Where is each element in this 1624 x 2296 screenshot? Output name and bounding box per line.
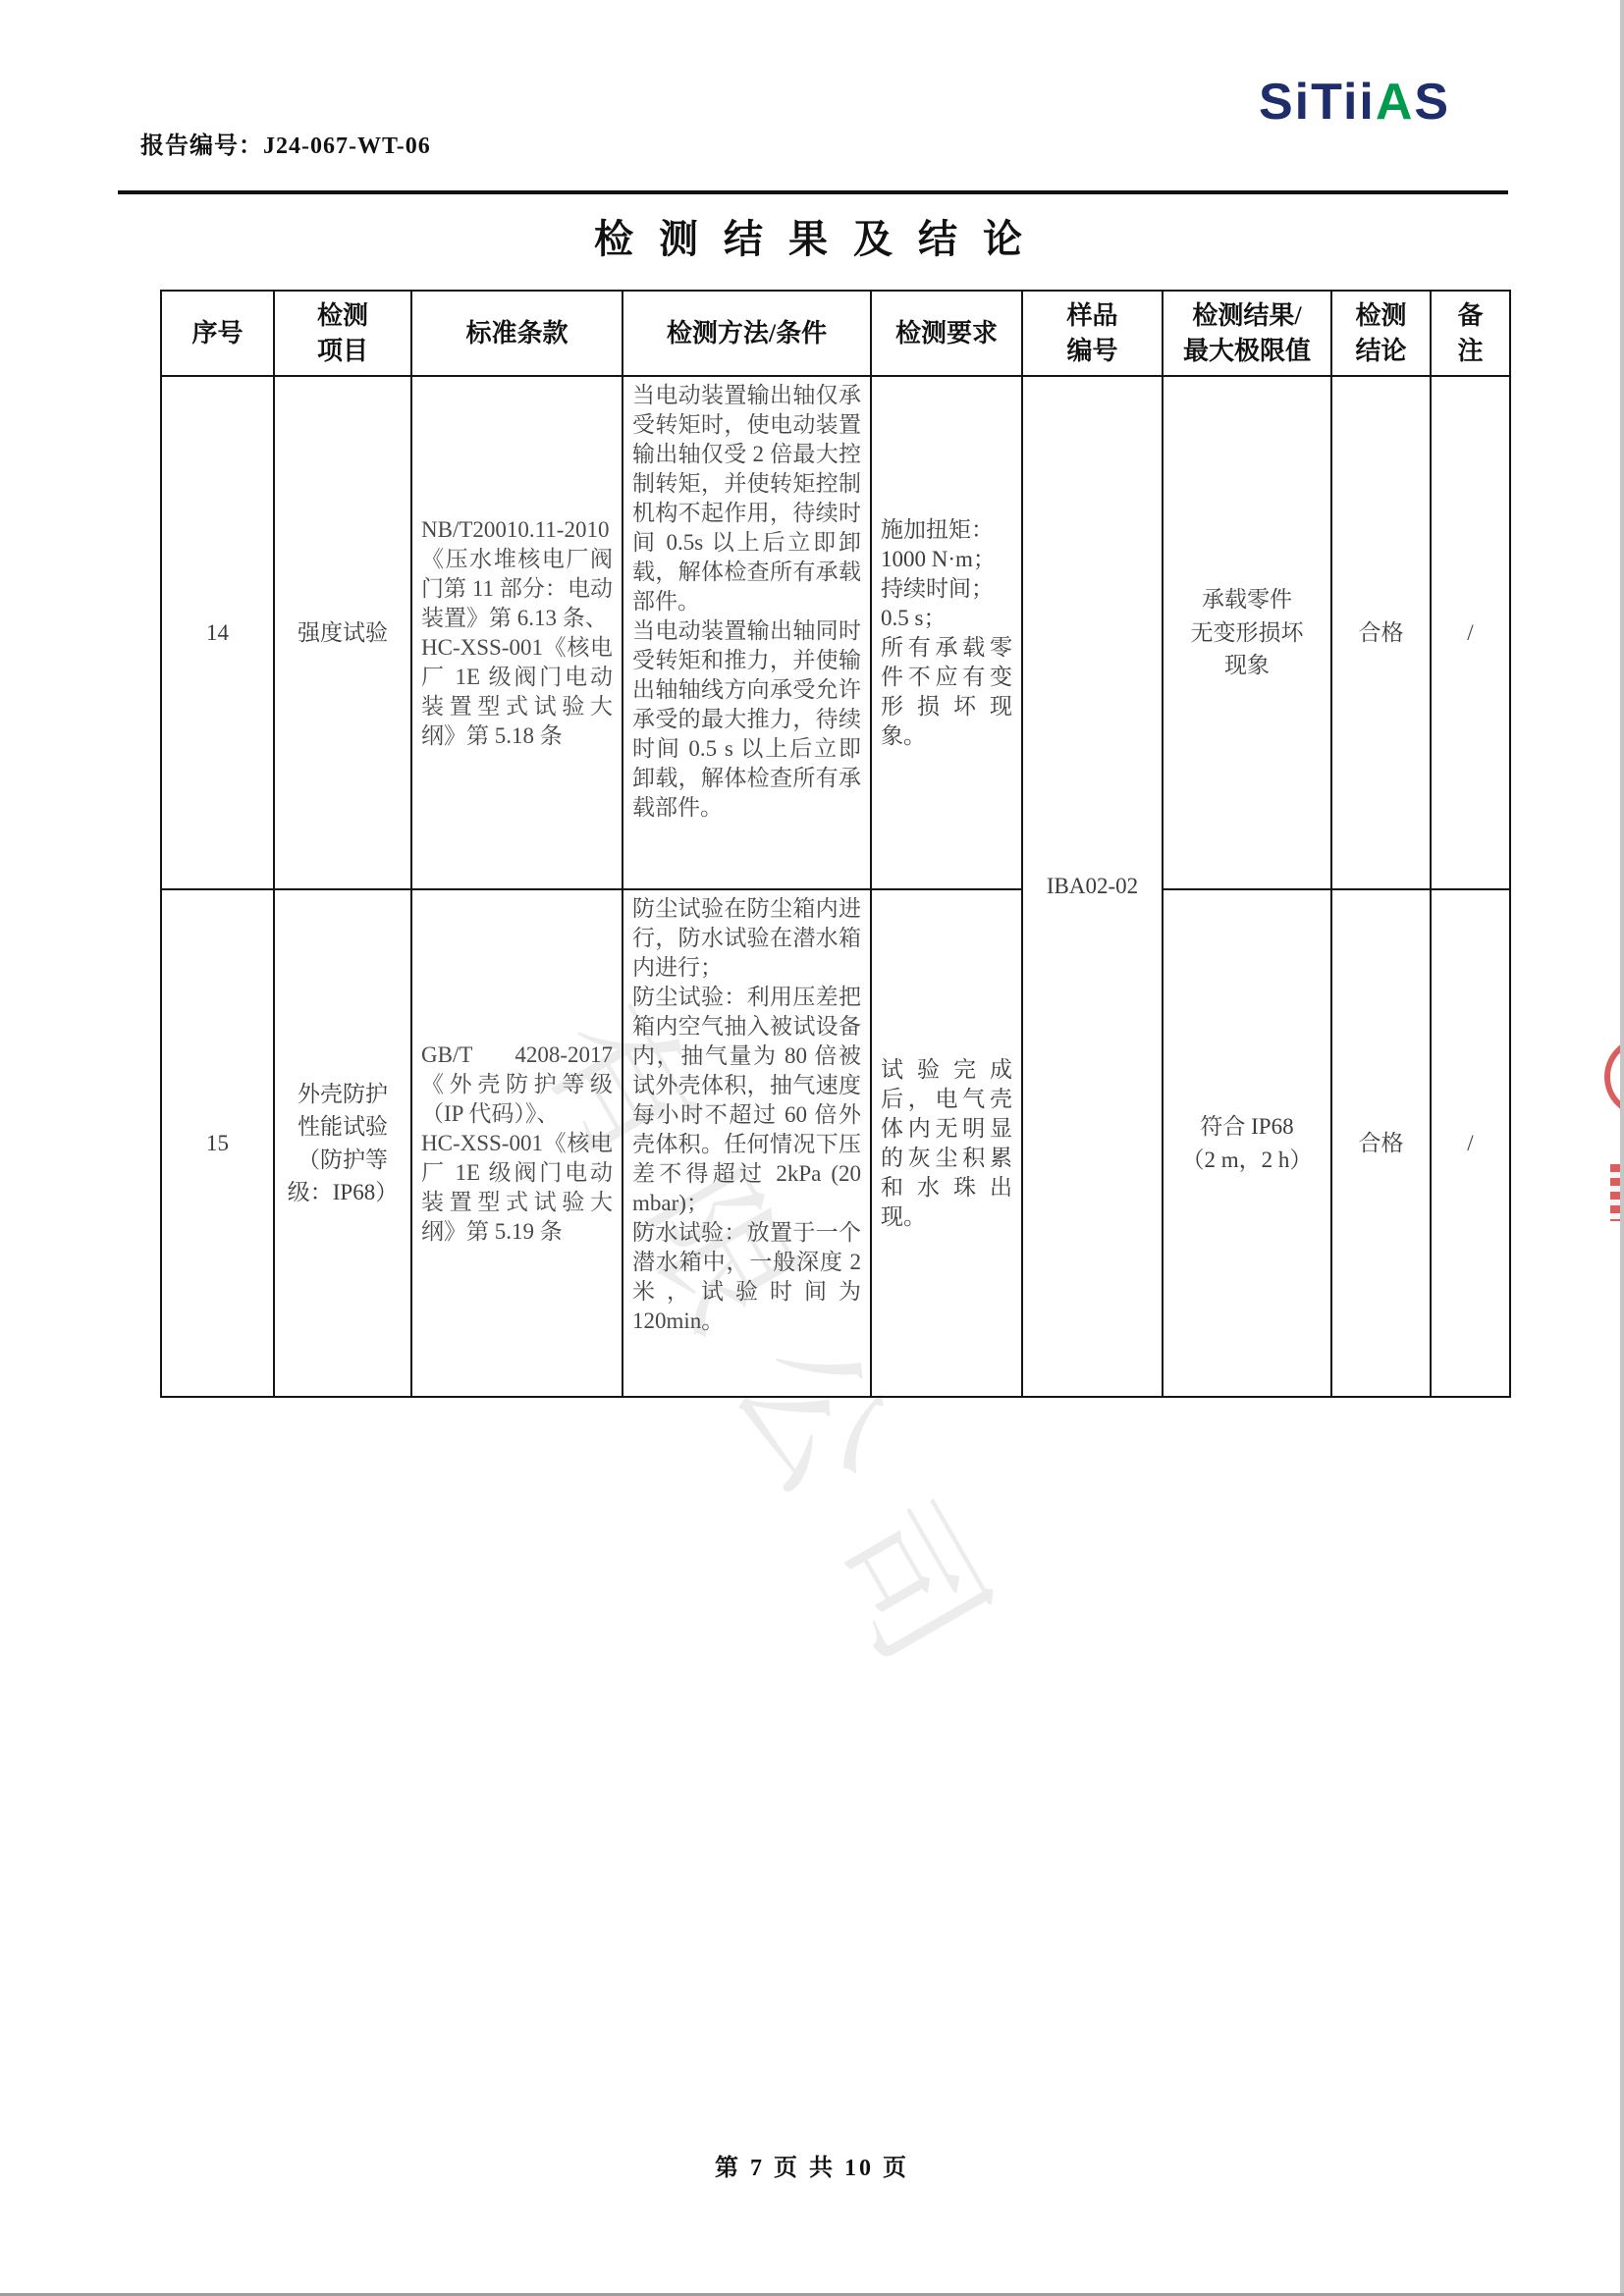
logo-accent-letter: A	[1376, 74, 1415, 131]
cell-no: 15	[161, 889, 274, 1397]
col-header-result: 检测结果/ 最大极限值	[1163, 291, 1331, 376]
cell-no: 14	[161, 376, 274, 889]
cell-conclusion: 合格	[1331, 376, 1431, 889]
col-header-method: 检测方法/条件	[623, 291, 871, 376]
cell-method: 防尘试验在防尘箱内进行，防水试验在潜水箱内进行； 防尘试验：利用压差把箱内空气抽…	[623, 889, 871, 1397]
cell-remark: /	[1431, 889, 1510, 1397]
col-header-standard: 标准条款	[411, 291, 623, 376]
header-divider	[118, 190, 1508, 194]
page-title: 检 测 结 果 及 结 论	[0, 208, 1624, 264]
page-number-footer: 第 7 页 共 10 页	[0, 2148, 1624, 2182]
cell-requirement: 施加扭矩： 1000 N·m； 持续时间； 0.5 s； 所有承载零件不应有变形…	[871, 376, 1022, 889]
cell-result: 符合 IP68 （2 m，2 h）	[1163, 889, 1331, 1397]
col-header-conclusion: 检测 结论	[1331, 291, 1431, 376]
cell-item: 强度试验	[274, 376, 411, 889]
logo-text-suffix: S	[1414, 74, 1450, 131]
col-header-remark: 备 注	[1431, 291, 1510, 376]
col-header-item: 检测 项目	[274, 291, 411, 376]
cell-method: 当电动装置输出轴仅承受转矩时，使电动装置输出轴仅受 2 倍最大控制转矩，并使转矩…	[623, 376, 871, 889]
sitiias-logo: SiTiiAS	[1259, 77, 1450, 128]
table-header-row: 序号 检测 项目 标准条款 检测方法/条件 检测要求 样品 编号 检测结果/ 最…	[161, 291, 1510, 376]
report-page: 有限公司 报告编号：J24-067-WT-06 SiTiiAS 检 测 结 果 …	[0, 0, 1624, 2296]
cell-sample-id: IBA02-02	[1022, 376, 1163, 1397]
logo-text-prefix: SiTii	[1259, 74, 1376, 131]
table-row-14: 14 强度试验 NB/T20010.11-2010《压水堆核电厂阀门第 11 部…	[161, 376, 1510, 889]
cell-remark: /	[1431, 376, 1510, 889]
cell-standard: GB/T 4208-2017《外壳防护等级（IP 代码）》、 HC-XSS-00…	[411, 889, 623, 1397]
cell-result: 承载零件 无变形损坏 现象	[1163, 376, 1331, 889]
scan-edge	[1620, 0, 1624, 2296]
cell-requirement: 试验完成后，电气壳体内无明显的灰尘积累和水珠出现。	[871, 889, 1022, 1397]
cell-conclusion: 合格	[1331, 889, 1431, 1397]
cell-standard: NB/T20010.11-2010《压水堆核电厂阀门第 11 部分：电动装置》第…	[411, 376, 623, 889]
report-number: 报告编号：J24-067-WT-06	[140, 126, 431, 160]
results-table: 序号 检测 项目 标准条款 检测方法/条件 检测要求 样品 编号 检测结果/ 最…	[160, 290, 1511, 1398]
table-row-15: 15 外壳防护 性能试验 （防护等 级：IP68） GB/T 4208-2017…	[161, 889, 1510, 1397]
col-header-requirement: 检测要求	[871, 291, 1022, 376]
col-header-sample: 样品 编号	[1022, 291, 1163, 376]
col-header-no: 序号	[161, 291, 274, 376]
cell-item: 外壳防护 性能试验 （防护等 级：IP68）	[274, 889, 411, 1397]
